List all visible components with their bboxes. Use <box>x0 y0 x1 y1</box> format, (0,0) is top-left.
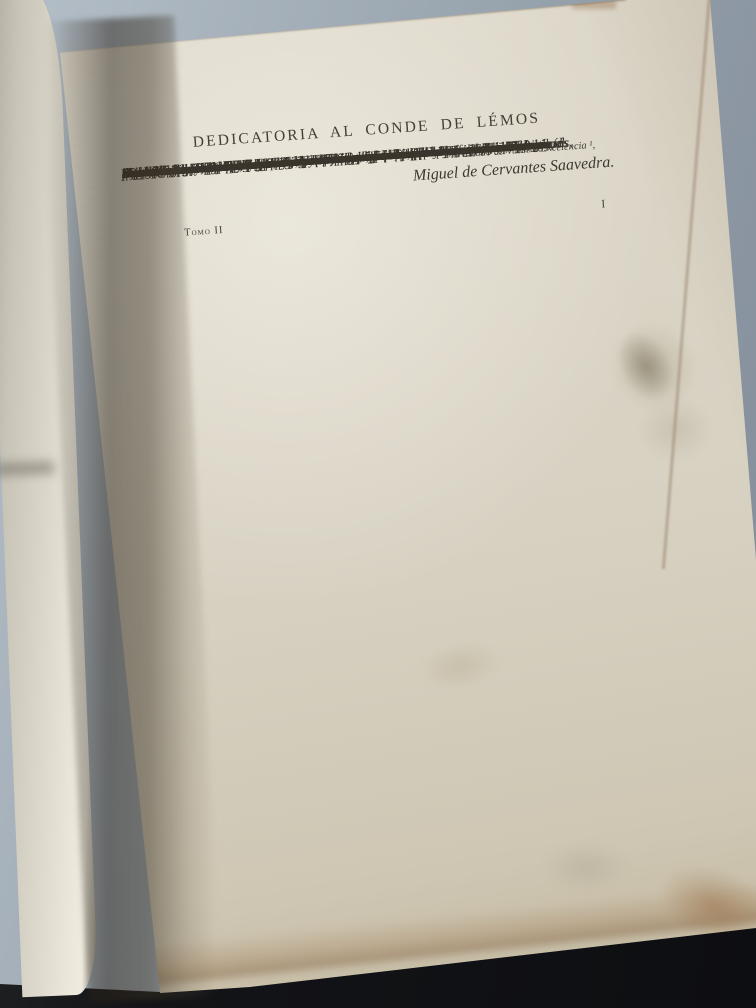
folio-number: I <box>601 198 606 210</box>
stain <box>414 635 505 697</box>
page-footer: Tomo II I <box>126 195 646 243</box>
page-text: DEDICATORIA AL CONDE DE LÉMOS Enviando á… <box>118 82 646 244</box>
volume-label: Tomo II <box>184 225 224 240</box>
stain <box>572 0 616 9</box>
stain <box>638 398 712 460</box>
page-right-edge <box>662 0 711 569</box>
book-photo: DEDICATORIA AL CONDE DE LÉMOS Enviando á… <box>0 0 756 1008</box>
turned-page-print-smudge <box>0 461 54 476</box>
stain <box>542 842 630 892</box>
stain <box>724 50 736 68</box>
